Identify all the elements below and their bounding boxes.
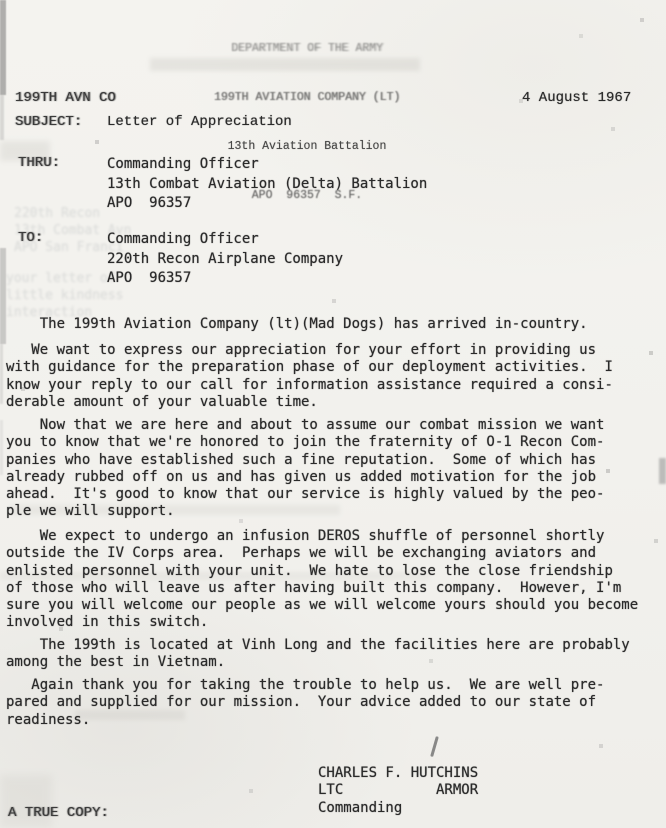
to-address: Commanding Officer 220th Recon Airplane … — [107, 230, 343, 289]
letterhead-battalion-line: 13th Aviation Battalion — [0, 139, 614, 155]
letterhead-department-line: DEPARTMENT OF THE ARMY — [0, 41, 614, 57]
body-paragraph: We expect to undergo an infusion DEROS s… — [6, 528, 638, 632]
thru-address: Commanding Officer 13th Combat Aviation … — [107, 155, 427, 214]
pen-mark — [430, 736, 438, 757]
scanned-letter-page: 220th Recon 13th Combat Avn APO San Fran… — [0, 0, 666, 828]
thru-label: THRU: — [18, 155, 60, 172]
bleed-through-text: your letter of little kindness interacti… — [6, 270, 123, 321]
scan-edge-shadow — [0, 420, 3, 475]
scan-edge-shadow — [0, 344, 3, 404]
subject-label: SUBJECT: — [15, 114, 82, 131]
noise-specks — [0, 0, 2, 2]
body-paragraph: The 199th Aviation Company (lt)(Mad Dogs… — [6, 316, 588, 333]
body-paragraph: Again thank you for taking the trouble t… — [6, 677, 604, 729]
body-paragraph: The 199th is located at Vinh Long and th… — [6, 637, 630, 672]
office-symbol: 199TH AVN CO — [15, 90, 116, 107]
scan-edge-shadow — [659, 458, 666, 484]
signature-block: CHARLES F. HUTCHINS LTC ARMOR Commanding — [318, 765, 478, 817]
to-label: TO: — [18, 230, 43, 247]
letter-date: 4 August 1967 — [522, 90, 631, 107]
true-copy-label: A TRUE COPY: — [8, 805, 109, 822]
subject-value: Letter of Appreciation — [107, 114, 292, 131]
body-paragraph: Now that we are here and about to assume… — [6, 417, 604, 521]
body-paragraph: We want to express our appreciation for … — [6, 342, 613, 411]
